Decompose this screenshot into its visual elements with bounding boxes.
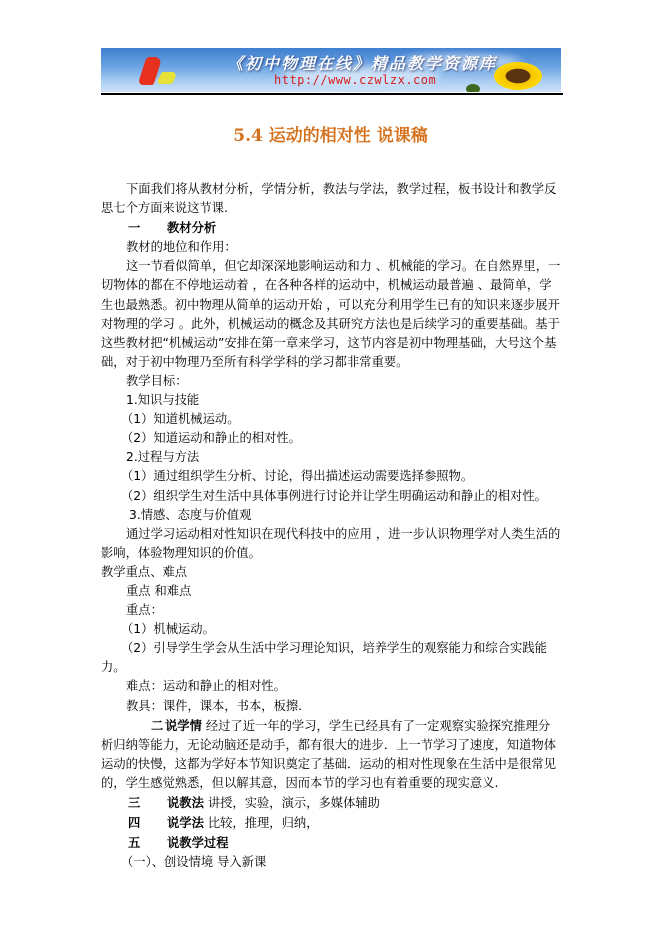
section-title: 说教法 <box>167 795 204 810</box>
header-divider <box>101 93 563 95</box>
section-title: 说学法 <box>167 815 204 830</box>
subheading: 教材的地位和作用： <box>101 238 561 257</box>
section-title: 说学情 <box>165 718 202 733</box>
goals-label: 教学目标： <box>101 372 561 391</box>
difficulty: 难点：运动和静止的相对性。 <box>101 677 561 696</box>
goal-label: 2.过程与方法 <box>101 448 561 467</box>
list-item: （1）机械运动。 <box>101 620 561 639</box>
intro-paragraph: 下面我们将从教材分析，学情分析，教法与学法，教学过程，板书设计和教学反思七个方面… <box>101 180 561 218</box>
focus-label: 重点： <box>101 601 561 620</box>
section-number: 三 <box>128 793 167 812</box>
section-2: 二说学情 经过了近一年的学习，学生已经具有了一定观察实验探究推理分析归纳等能力，… <box>101 716 561 793</box>
logo-icon-accent <box>156 72 178 84</box>
section-number: 二 <box>126 716 165 735</box>
header-banner: 《初中物理在线》精品教学资源库 http://www.czwlzx.com <box>101 48 561 92</box>
goal-label: 3.情感、态度与价值观 <box>101 506 561 525</box>
list-item: （2）组织学生对生活中具体事例进行讨论并让学生明确运动和静止的相对性。 <box>101 487 561 506</box>
document-body: 下面我们将从教材分析，学情分析，教法与学法，教学过程，板书设计和教学反思七个方面… <box>101 180 561 872</box>
section-number: 五 <box>128 833 167 852</box>
paragraph: 通过学习运动相对性知识在现代科技中的应用 ，进一步认识物理学对人类生活的影响，体… <box>101 525 561 563</box>
section-5: 五说教学过程 <box>101 833 561 853</box>
list-item: （2）引导学生学会从生活中学习理论知识，培养学生的观察能力和综合实践能力。 <box>101 639 561 677</box>
keypoints-label: 教学重点、难点 <box>101 563 561 582</box>
section-3: 三说教法 讲授，实验，演示，多媒体辅助 <box>101 793 561 813</box>
banner-url: http://www.czwlzx.com <box>274 73 436 87</box>
section-number: 一 <box>128 218 167 237</box>
keypoints-sub: 重点 和难点 <box>101 582 561 601</box>
list-item: （1）通过组织学生分析、讨论，得出描述运动需要选择参照物。 <box>101 467 561 486</box>
section-title: 教材分析 <box>167 220 216 235</box>
list-item: （2）知道运动和静止的相对性。 <box>101 429 561 448</box>
sunflower-image <box>494 62 542 90</box>
paragraph: 这一节看似简单，但它却深深地影响运动和力 、机械能的学习。在自然界里，一切物体的… <box>101 257 561 372</box>
section-text: 比较，推理，归纳， <box>204 816 319 830</box>
banner-title: 《初中物理在线》精品教学资源库 <box>227 51 497 74</box>
section-4: 四说学法 比较，推理，归纳， <box>101 813 561 833</box>
leaf-decoration <box>466 84 480 92</box>
list-item: （1）知道机械运动。 <box>101 410 561 429</box>
section-text: 讲授，实验，演示，多媒体辅助 <box>204 796 380 810</box>
section-heading-1: 一教材分析 <box>101 218 561 238</box>
tools: 教具：课件，课本，书本，板擦. <box>101 697 561 716</box>
section-title: 说教学过程 <box>167 835 229 850</box>
section-number: 四 <box>128 813 167 832</box>
subsection-heading: （一）、创设情境 导入新课 <box>101 853 561 872</box>
goal-label: 1.知识与技能 <box>101 391 561 410</box>
page-title: 5.4 运动的相对性 说课稿 <box>0 121 661 146</box>
